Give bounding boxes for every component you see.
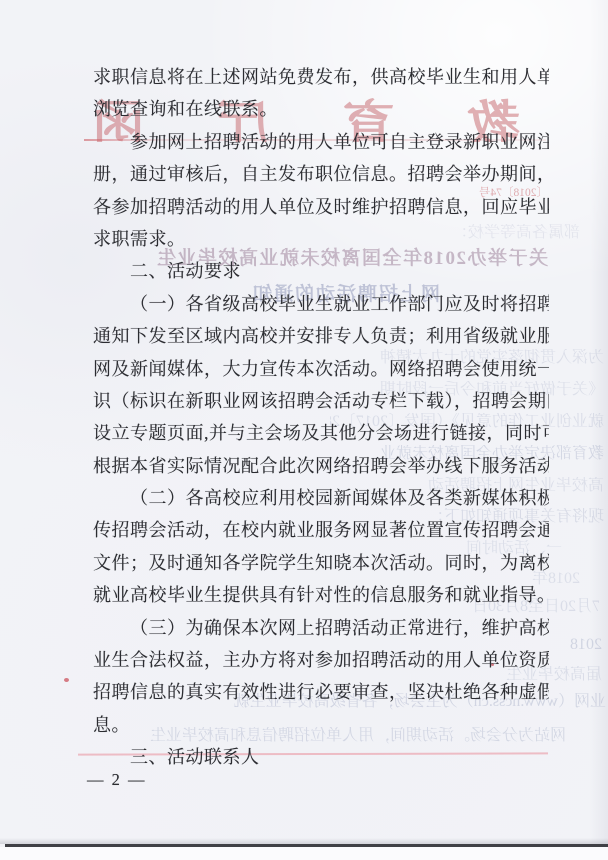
text-line-20: 招聘信息的真实有效性进行必要审查，坚决杜绝各种虚假信 bbox=[93, 676, 549, 708]
red-ink-speck bbox=[64, 678, 69, 682]
text-line-11: 识（标识在新职业网该招聘会活动专栏下载），招聘会期间 bbox=[93, 385, 549, 417]
text-line-04: 册，通过审核后，自主发布职位信息。招聘会举办期间，请 bbox=[93, 158, 549, 190]
text-line-05: 各参加招聘活动的用人单位及时维护招聘信息，回应毕业生 bbox=[93, 191, 549, 223]
text-line-18: （三）为确保本次网上招聘活动正常进行，维护高校毕 bbox=[93, 612, 549, 644]
text-line-09: 通知下发至区域内高校并安排专人负责；利用省级就业服务 bbox=[93, 320, 549, 352]
page-number: — 2 — bbox=[87, 770, 147, 790]
text-line-03: 参加网上招聘活动的用人单位可自主登录新职业网注 bbox=[93, 126, 549, 158]
scan-bottom-margin bbox=[0, 847, 608, 860]
document-body: 求职信息将在上述网站免费发布，供高校毕业生和用人单位 浏览查询和在线联系。 参加… bbox=[93, 61, 549, 774]
text-line-12: 设立专题页面,并与主会场及其他分会场进行链接，同时可 bbox=[93, 417, 549, 449]
text-line-16: 文件；及时通知各学院学生知晓本次活动。同时，为离校未 bbox=[93, 547, 549, 579]
text-line-21: 息。 bbox=[93, 709, 549, 741]
text-line-06: 求职需求。 bbox=[93, 223, 549, 255]
text-line-15: 传招聘会活动，在校内就业服务网显著位置宣传招聘会通知 bbox=[93, 514, 549, 546]
text-line-19: 业生合法权益，主办方将对参加招聘活动的用人单位资质和 bbox=[93, 644, 549, 676]
text-line-17: 就业高校毕业生提供具有针对性的信息服务和就业指导。 bbox=[93, 579, 549, 611]
text-line-01: 求职信息将在上述网站免费发布，供高校毕业生和用人单位 bbox=[93, 61, 549, 93]
text-line-14: （二）各高校应利用校园新闻媒体及各类新媒体积极宣 bbox=[93, 482, 549, 514]
text-line-07-section-heading: 二、活动要求 bbox=[93, 255, 549, 287]
text-line-02: 浏览查询和在线联系。 bbox=[93, 93, 549, 125]
text-line-13: 根据本省实际情况配合此次网络招聘会举办线下服务活动。 bbox=[93, 450, 549, 482]
bleed-faint-line: 2018 bbox=[540, 636, 602, 653]
text-line-22-section-heading: 三、活动联系人 bbox=[93, 741, 549, 773]
scanned-document-page: 教育厅函 〔2018〕74号 关于举办2018年全国离校未就业高校毕业生 网上招… bbox=[0, 0, 608, 860]
text-line-10: 网及新闻媒体，大力宣传本次活动。网络招聘会使用统一标 bbox=[93, 353, 549, 385]
text-line-08: （一）各省级高校毕业生就业工作部门应及时将招聘会 bbox=[93, 288, 549, 320]
